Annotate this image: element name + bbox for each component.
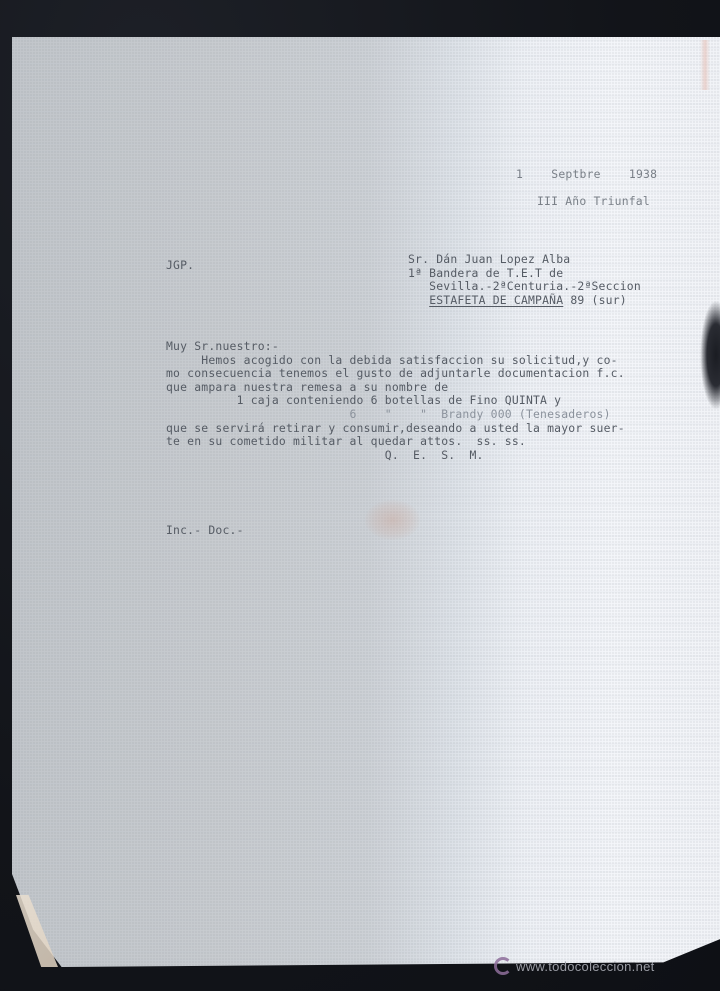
body-line: 6 " " Brandy 000 (Tenesaderos) <box>166 407 611 421</box>
recipient-unit: 1ª Bandera de T.E.T de <box>408 266 563 280</box>
torn-edge <box>700 300 720 410</box>
body-line: que ampara nuestra remesa a su nombre de <box>166 380 448 394</box>
letter-body: Muy Sr.nuestro:- Hemos acogido con la de… <box>166 340 625 462</box>
body-line: Hemos acogido con la debida satisfaccion… <box>166 353 618 367</box>
edge-discoloration <box>700 40 710 90</box>
closing-initials: Q. E. S. M. <box>166 448 484 462</box>
recipient-postal-underlined: ESTAFETA DE CAMPAÑA <box>429 293 563 307</box>
salutation: Muy Sr.nuestro:- <box>166 339 279 353</box>
recipient-address: Sr. Dán Juan Lopez Alba 1ª Bandera de T.… <box>408 253 641 307</box>
watermark: www.todocoleccion.net <box>494 957 655 975</box>
watermark-text: www.todocoleccion.net <box>516 959 655 974</box>
recipient-name: Sr. Dán Juan Lopez Alba <box>408 252 570 266</box>
reference-initials: JGP. <box>166 259 194 273</box>
era-line: III Año Triunfal <box>537 195 650 209</box>
paper-stain <box>365 500 420 540</box>
body-line: te en su cometido militar al quedar atto… <box>166 434 526 448</box>
watermark-logo-icon <box>494 957 512 975</box>
letter-date: 1 Septbre 1938 <box>516 168 657 182</box>
enclosure-note: Inc.- Doc.- <box>166 524 244 538</box>
body-line: 1 caja conteniendo 6 botellas de Fino QU… <box>166 393 561 407</box>
body-line: que se servirá retirar y consumir,desean… <box>166 421 625 435</box>
recipient-location: Sevilla.-2ªCenturia.-2ªSeccion <box>408 279 641 293</box>
recipient-postal-number: 89 (sur) <box>563 293 627 307</box>
body-line: mo consecuencia tenemos el gusto de adju… <box>166 366 625 380</box>
